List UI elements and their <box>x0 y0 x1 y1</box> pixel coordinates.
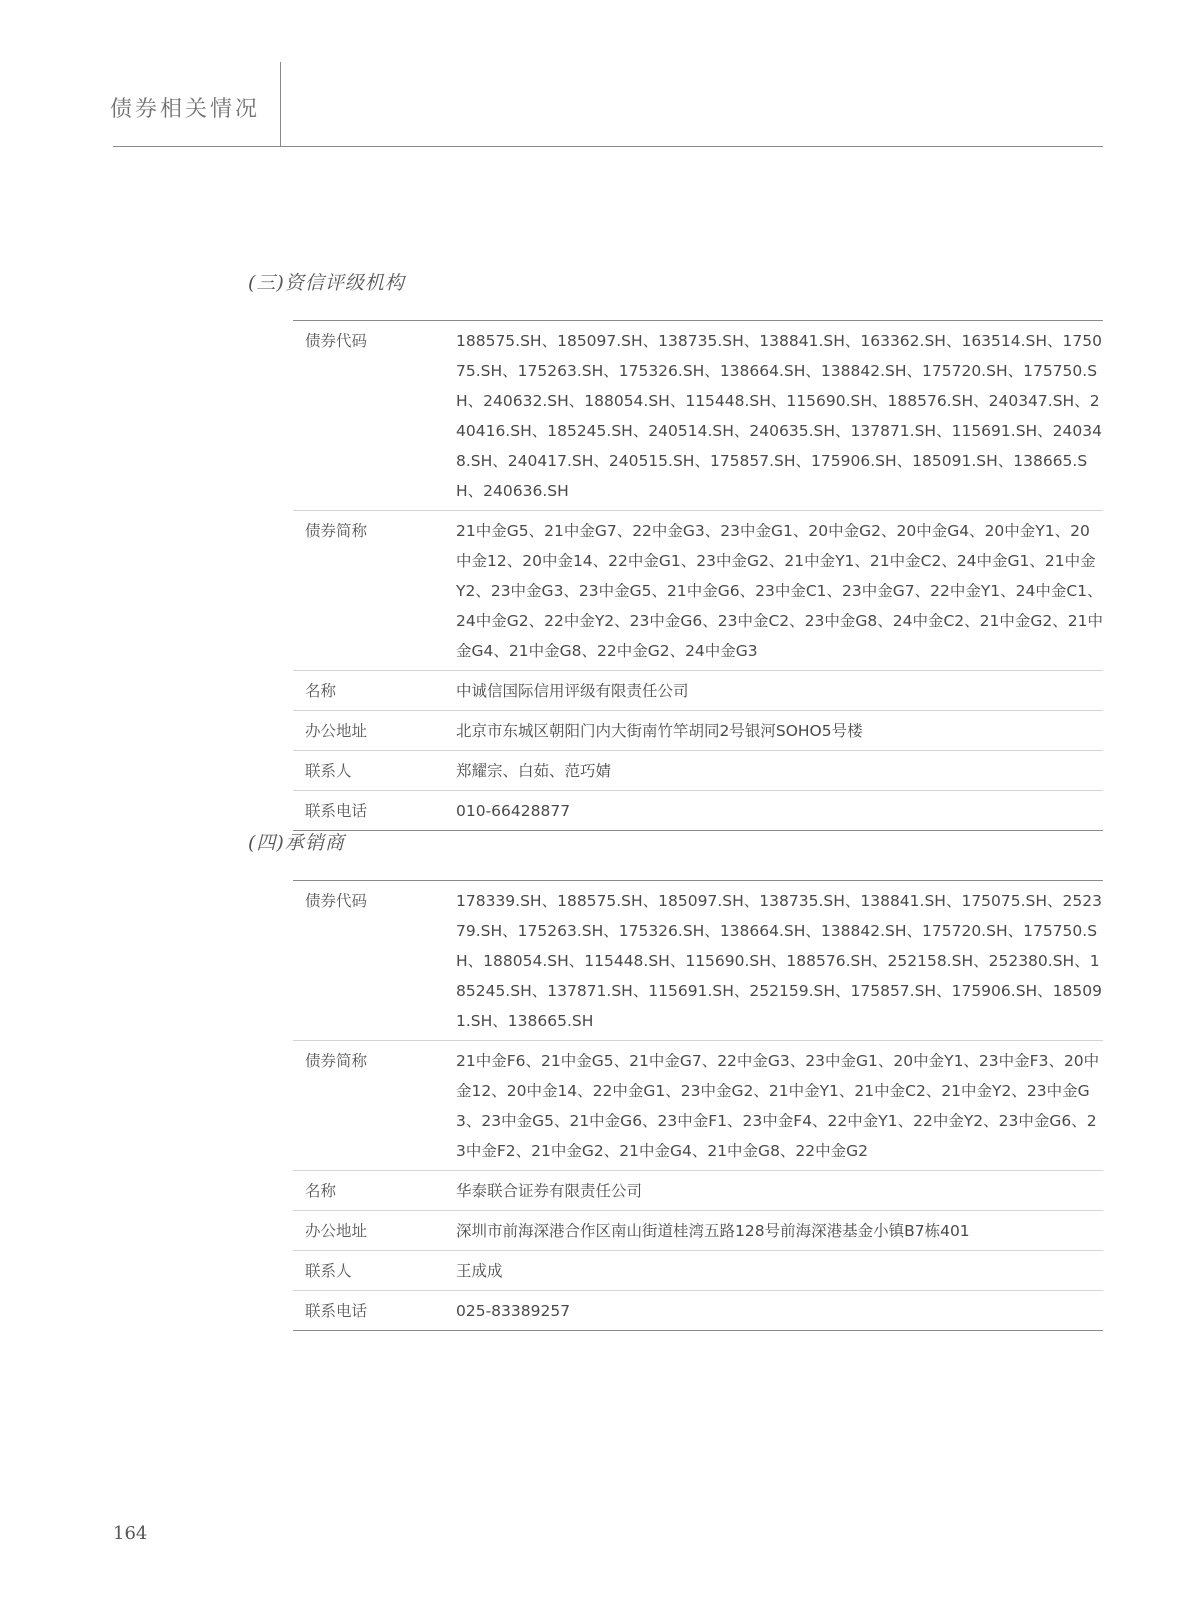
table-row-contact-person: 联系人 王成成 <box>293 1251 1103 1291</box>
row-value: 北京市东城区朝阳门内大街南竹竿胡同2号银河SOHO5号楼 <box>456 716 1103 746</box>
row-label: 债券简称 <box>293 516 456 666</box>
row-label: 名称 <box>293 676 456 706</box>
row-label: 联系电话 <box>293 1296 456 1326</box>
row-value: 王成成 <box>456 1256 1103 1286</box>
row-value: 郑耀宗、白茹、范巧婧 <box>456 756 1103 786</box>
row-label: 办公地址 <box>293 716 456 746</box>
table-row-office-address: 办公地址 北京市东城区朝阳门内大街南竹竿胡同2号银河SOHO5号楼 <box>293 711 1103 751</box>
row-value: 21中金F6、21中金G5、21中金G7、22中金G3、23中金G1、20中金Y… <box>456 1046 1103 1166</box>
row-label: 名称 <box>293 1176 456 1206</box>
section-title-underwriter: (四)承销商 <box>248 828 345 855</box>
table-row-bond-codes: 债券代码 188575.SH、185097.SH、138735.SH、13884… <box>293 321 1103 511</box>
rating-agency-table: 债券代码 188575.SH、185097.SH、138735.SH、13884… <box>293 320 1103 831</box>
table-row-bond-abbreviations: 债券简称 21中金G5、21中金G7、22中金G3、23中金G1、20中金G2、… <box>293 511 1103 671</box>
row-label: 联系电话 <box>293 796 456 826</box>
row-value: 中诚信国际信用评级有限责任公司 <box>456 676 1103 706</box>
table-row-contact-phone: 联系电话 025-83389257 <box>293 1291 1103 1330</box>
table-row-bond-abbreviations: 债券简称 21中金F6、21中金G5、21中金G7、22中金G3、23中金G1、… <box>293 1041 1103 1171</box>
table-row-contact-person: 联系人 郑耀宗、白茹、范巧婧 <box>293 751 1103 791</box>
row-value: 深圳市前海深港合作区南山街道桂湾五路128号前海深港基金小镇B7栋401 <box>456 1216 1103 1246</box>
row-value: 21中金G5、21中金G7、22中金G3、23中金G1、20中金G2、20中金G… <box>456 516 1103 666</box>
row-value: 华泰联合证券有限责任公司 <box>456 1176 1103 1206</box>
header-divider-vertical <box>280 62 281 147</box>
row-value: 025-83389257 <box>456 1296 1103 1326</box>
row-label: 联系人 <box>293 756 456 786</box>
row-label: 债券代码 <box>293 326 456 506</box>
section-title-rating-agency: (三)资信评级机构 <box>248 268 405 295</box>
row-label: 联系人 <box>293 1256 456 1286</box>
table-row-name: 名称 中诚信国际信用评级有限责任公司 <box>293 671 1103 711</box>
row-label: 办公地址 <box>293 1216 456 1246</box>
table-row-name: 名称 华泰联合证券有限责任公司 <box>293 1171 1103 1211</box>
table-row-contact-phone: 联系电话 010-66428877 <box>293 791 1103 830</box>
row-value: 010-66428877 <box>456 796 1103 826</box>
table-row-bond-codes: 债券代码 178339.SH、188575.SH、185097.SH、13873… <box>293 881 1103 1041</box>
row-label: 债券简称 <box>293 1046 456 1166</box>
table-row-office-address: 办公地址 深圳市前海深港合作区南山街道桂湾五路128号前海深港基金小镇B7栋40… <box>293 1211 1103 1251</box>
row-label: 债券代码 <box>293 886 456 1036</box>
row-value: 178339.SH、188575.SH、185097.SH、138735.SH、… <box>456 886 1103 1036</box>
row-value: 188575.SH、185097.SH、138735.SH、138841.SH、… <box>456 326 1103 506</box>
header-divider-horizontal <box>113 146 1103 147</box>
underwriter-table: 债券代码 178339.SH、188575.SH、185097.SH、13873… <box>293 880 1103 1331</box>
page-number: 164 <box>113 1523 147 1544</box>
header-title: 债券相关情况 <box>110 92 260 123</box>
